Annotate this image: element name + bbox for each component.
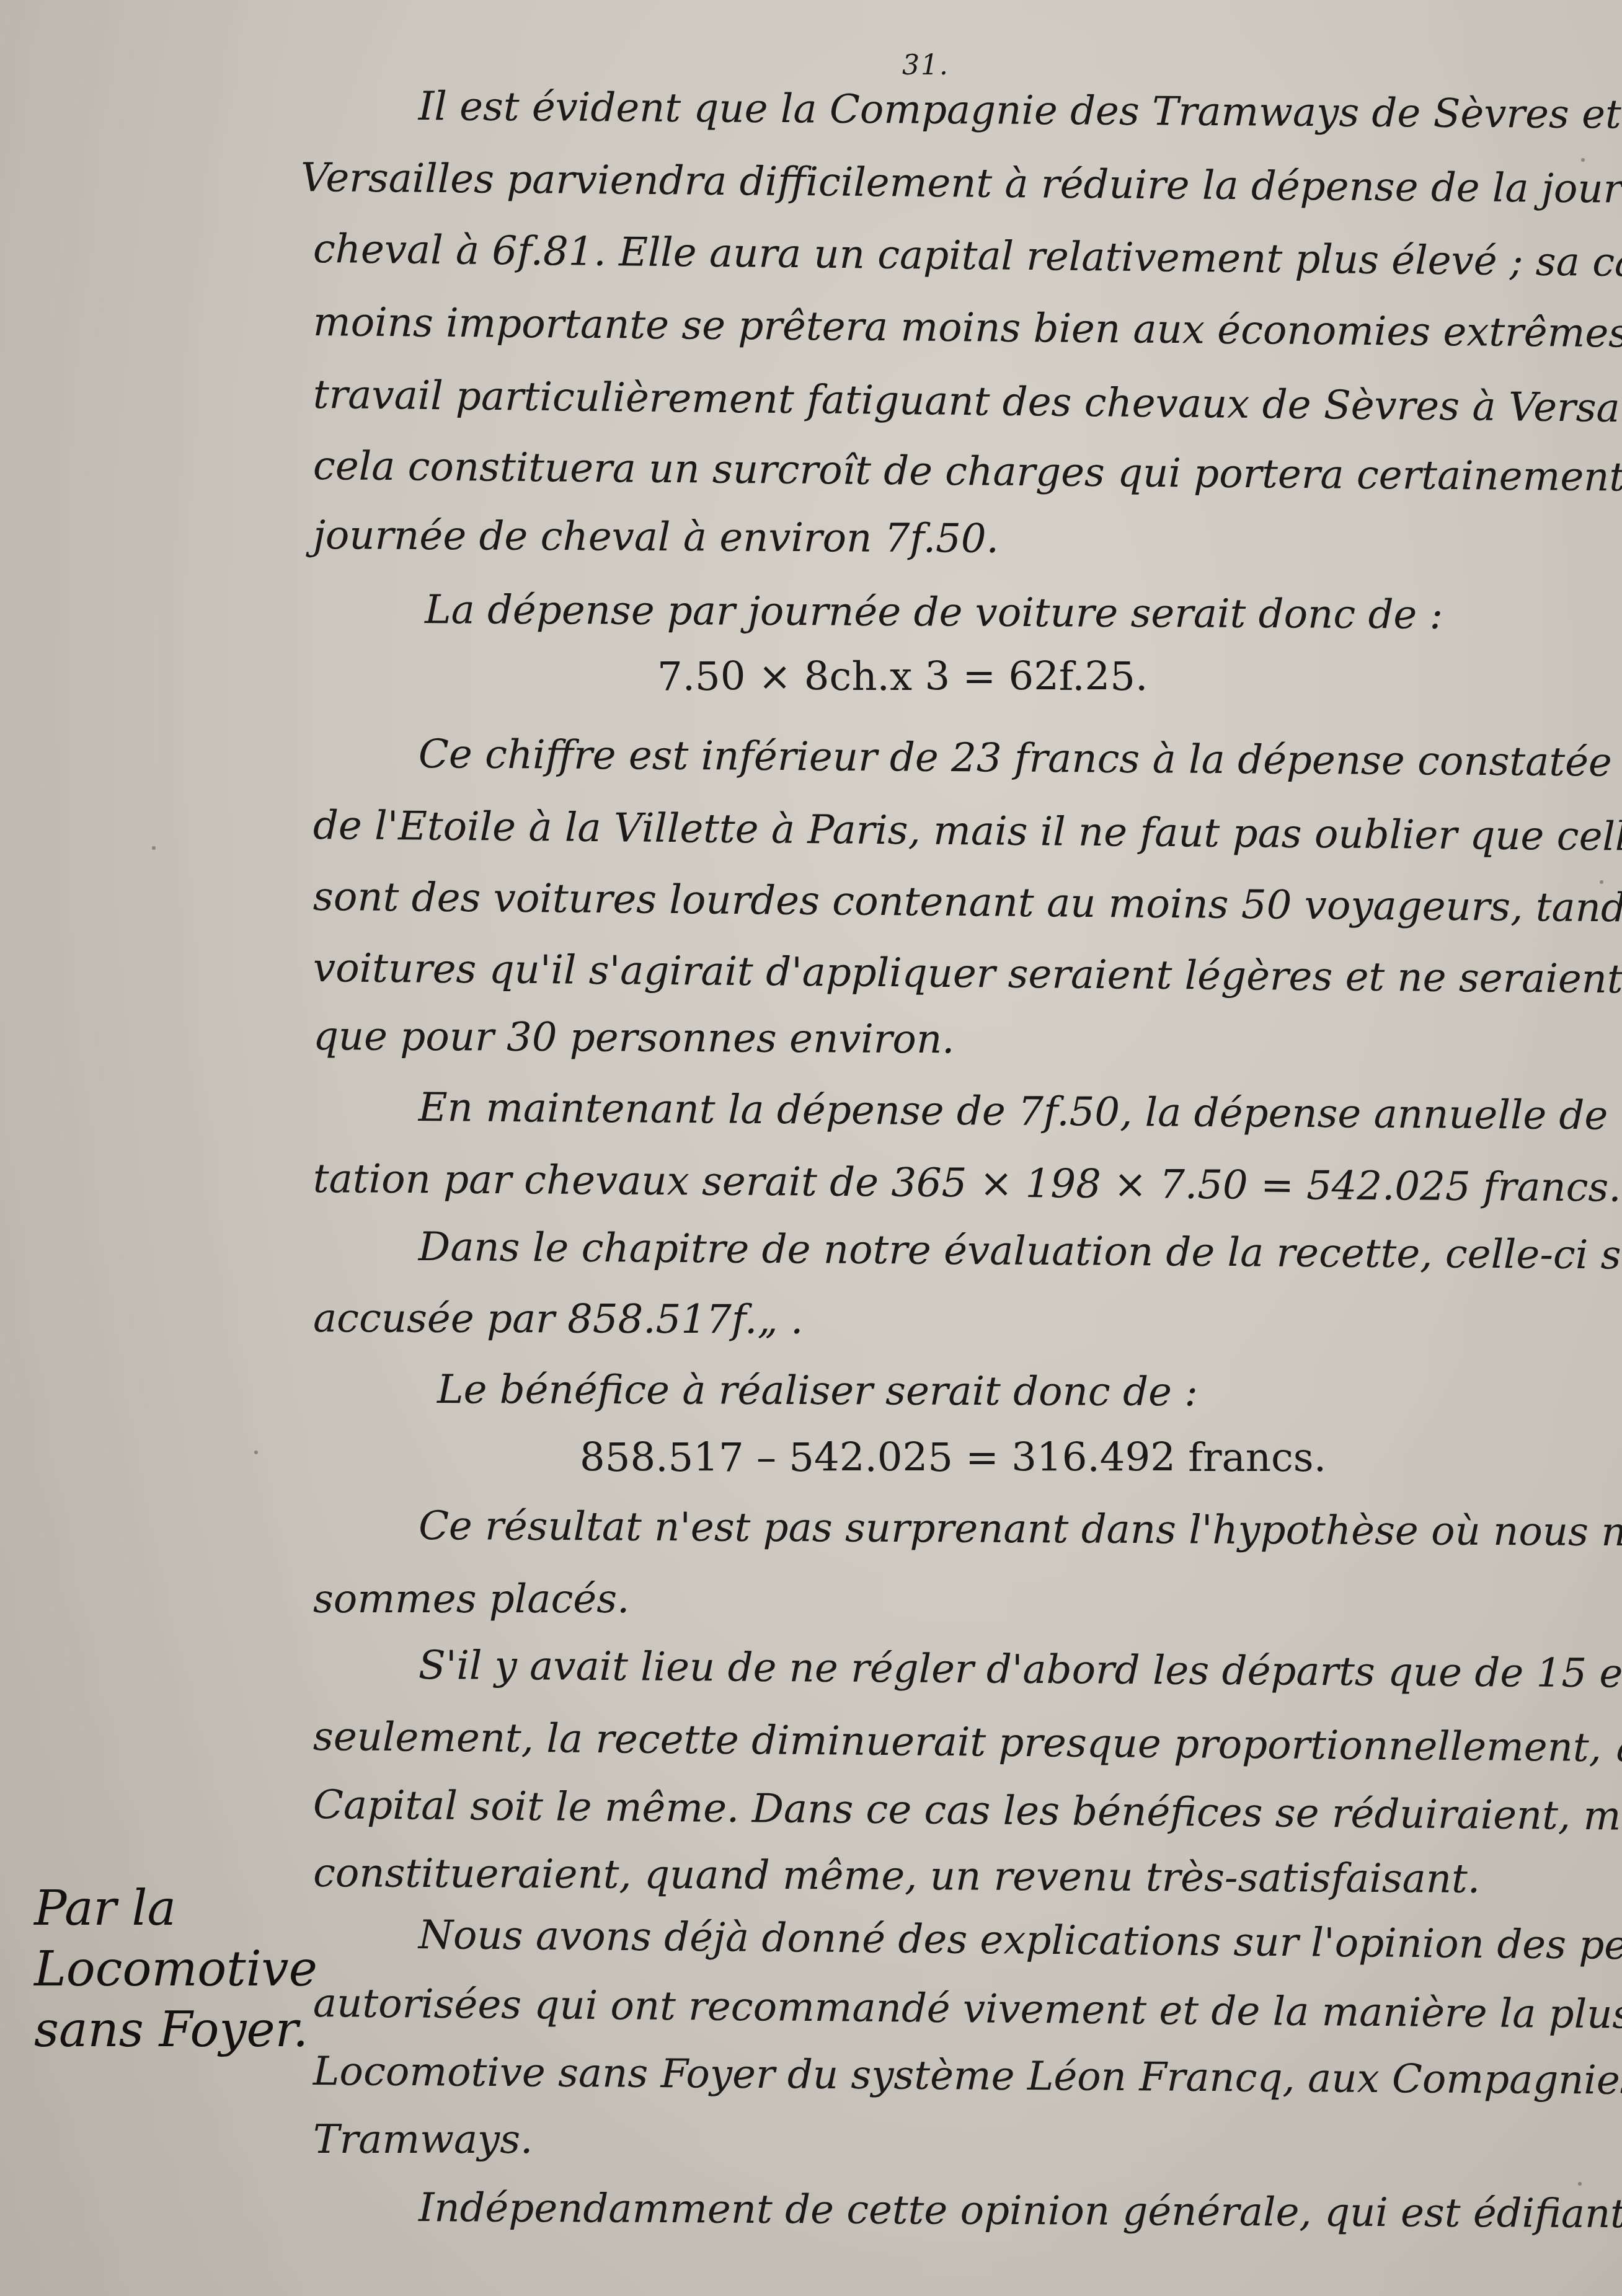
text-line: Tramways. — [313, 2120, 533, 2160]
text-line: de l'Etoile à la Villette à Paris, mais … — [313, 806, 1622, 858]
text-line: En maintenant la dépense de 7f.50, la dé… — [419, 1088, 1622, 1137]
text-line: sont des voitures lourdes contenant au m… — [313, 877, 1622, 930]
text-line: Dans le chapitre de notre évaluation de … — [419, 1227, 1622, 1276]
text-line: cheval à 6f.81. Elle aura un capital rel… — [313, 229, 1622, 285]
paper-speck — [1600, 880, 1603, 884]
text-line: seulement, la recette diminuerait presqu… — [313, 1717, 1622, 1770]
paper-speck — [254, 1450, 258, 1454]
equation-line: 858.517 – 542.025 = 316.492 francs. — [580, 1438, 1326, 1478]
paper-speck — [1578, 2182, 1582, 2186]
paper-speck — [1581, 158, 1585, 162]
text-line: que pour 30 personnes environ. — [313, 1017, 955, 1059]
text-line: moins importante se prêtera moins bien a… — [313, 302, 1622, 355]
margin-note: Par la Locomotive sans Foyer. — [34, 1878, 295, 2060]
text-line: voitures qu'il s'agirait d'appliquer ser… — [313, 948, 1622, 1000]
text-line: accusée par 858.517f.„ . — [313, 1299, 804, 1340]
text-line: Capital soit le même. Dans ce cas les bé… — [313, 1785, 1622, 1837]
text-line: sommes placés. — [313, 1579, 629, 1619]
margin-note-line: sans Foyer. — [34, 2000, 295, 2060]
text-line: autorisées qui ont recommandé vivement e… — [313, 1984, 1622, 2037]
text-line: Le bénéfice à réaliser serait donc de : — [437, 1370, 1198, 1412]
margin-note-line: Par la — [34, 1878, 295, 1939]
text-line: Versailles parviendra difficilement à ré… — [301, 158, 1622, 210]
paper-speck — [152, 846, 156, 850]
margin-note-line: Locomotive — [34, 1939, 295, 2000]
text-line: journée de cheval à environ 7f.50. — [313, 516, 999, 559]
text-line: La dépense par journée de voiture serait… — [425, 590, 1443, 635]
equation-line: 7.50 × 8ch.x 3 = 62f.25. — [657, 657, 1148, 697]
text-line: Nous avons déjà donné des explications s… — [419, 1915, 1622, 1967]
text-line: S'il y avait lieu de ne régler d'abord l… — [419, 1646, 1622, 1696]
text-line: cela constituera un surcroît de charges … — [313, 446, 1622, 500]
text-line: Ce résultat n'est pas surprenant dans l'… — [419, 1506, 1622, 1553]
text-line: travail particulièrement fatiguant des c… — [313, 375, 1622, 430]
page-number: 31. — [902, 50, 949, 81]
text-line: Locomotive sans Foyer du système Léon Fr… — [313, 2052, 1622, 2101]
text-line: tation par chevaux serait de 365 × 198 ×… — [313, 1159, 1621, 1208]
text-line: Indépendamment de cette opinion générale… — [419, 2188, 1622, 2235]
text-line: constitueraient, quand même, un revenu t… — [313, 1853, 1480, 1899]
text-line: Ce chiffre est inférieur de 23 francs à … — [419, 735, 1622, 784]
manuscript-page: 31. Par la Locomotive sans Foyer. Il est… — [0, 0, 1622, 2296]
text-line: Il est évident que la Compagnie des Tram… — [419, 87, 1621, 135]
